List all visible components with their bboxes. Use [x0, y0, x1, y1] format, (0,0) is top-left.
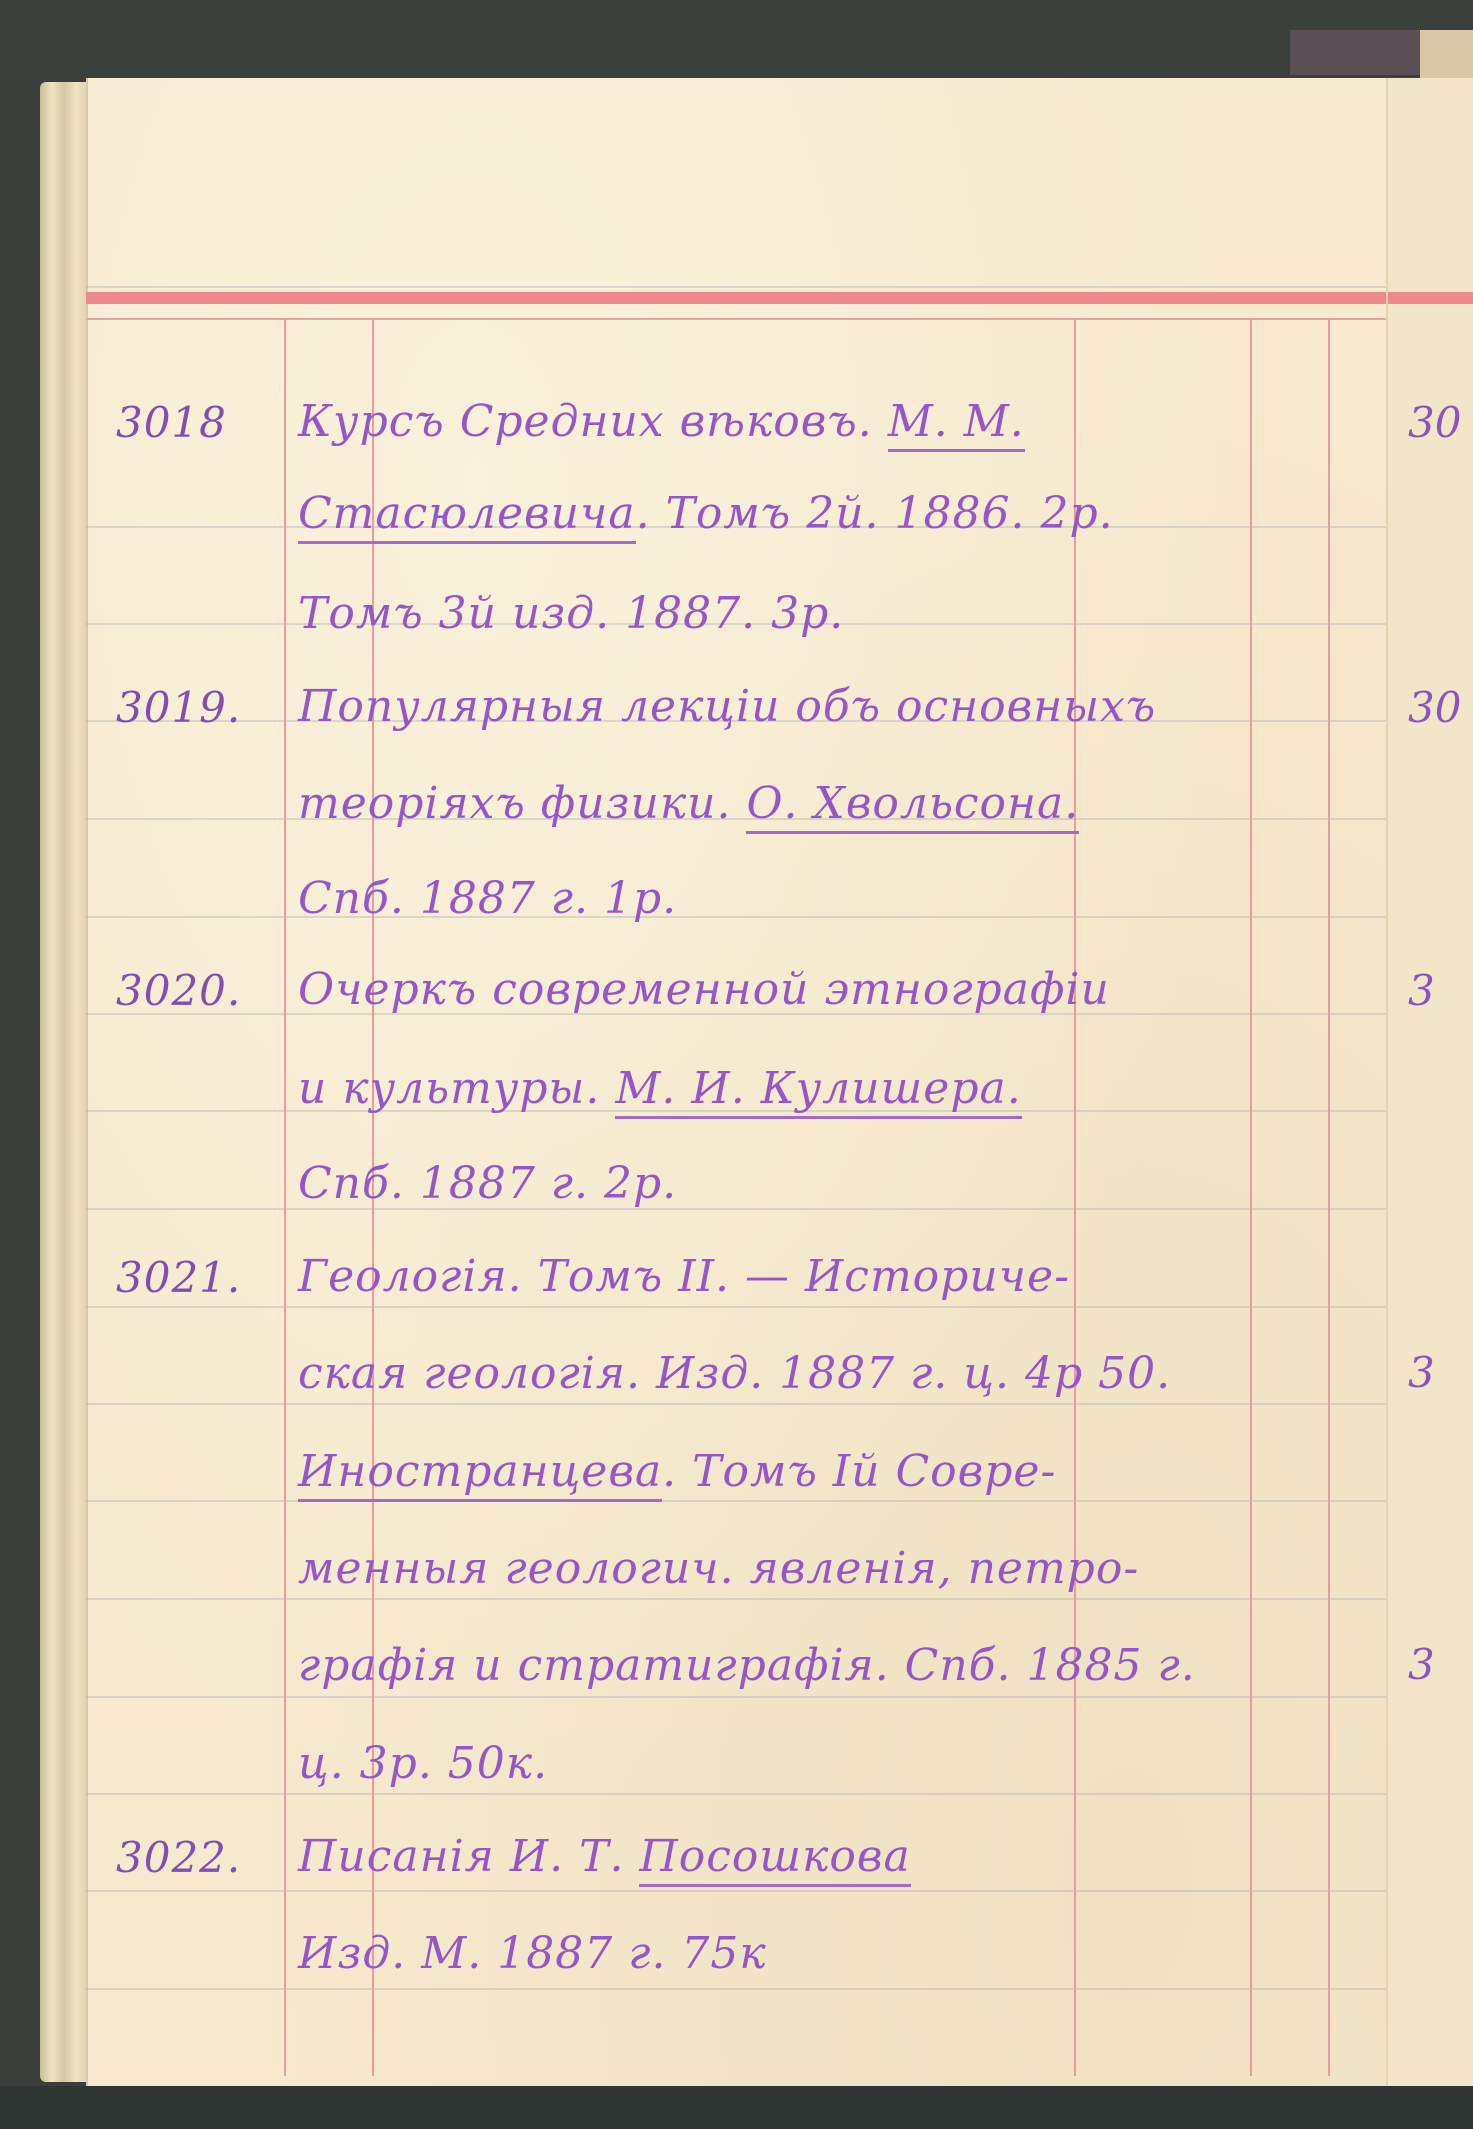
- ruled-line: [86, 1696, 1386, 1698]
- entry-line: Курсъ Средних вѣковъ. М. М.: [298, 396, 1025, 447]
- author-underlined: Посошкова: [639, 1831, 910, 1887]
- entry-number: 3020.: [116, 966, 241, 1015]
- entry-line: Очеркъ современной этнографіи: [298, 964, 1110, 1015]
- background-surface: [0, 0, 1473, 80]
- ruled-line: [86, 1208, 1386, 1210]
- author-underlined: Стасюлевича: [298, 488, 636, 544]
- author-underlined: О. Хвольсона.: [746, 778, 1079, 834]
- entry-line: Томъ 3й изд. 1887. 3р.: [298, 588, 844, 639]
- header-red-rule: [1388, 292, 1473, 304]
- ruled-line: [86, 1403, 1386, 1405]
- author-underlined: Иностранцева: [298, 1446, 662, 1502]
- ruled-line: [86, 1793, 1386, 1795]
- ruled-line: [86, 1598, 1386, 1600]
- entry-number: 3022.: [116, 1833, 241, 1882]
- column-rule-number: [284, 318, 286, 2076]
- entry-line: теоріяхъ физики. О. Хвольсона.: [298, 778, 1079, 829]
- background-surface-bottom: [0, 2086, 1473, 2129]
- entry-line: ская геологія. Изд. 1887 г. ц. 4р 50.: [298, 1348, 1171, 1399]
- entry-text: теоріяхъ физики.: [298, 778, 746, 829]
- entry-line: и культуры. М. И. Кулишера.: [298, 1063, 1022, 1114]
- ruled-line: [86, 286, 1386, 288]
- book-cover-corner: [1290, 30, 1430, 75]
- header-thin-rule: [86, 318, 1386, 320]
- entry-number: 3019.: [116, 683, 241, 732]
- entry-line: Писанія И. Т. Посошкова: [298, 1831, 911, 1882]
- entry-number: 3018: [116, 398, 227, 447]
- next-page-entry-number: 3: [1408, 1640, 1435, 1689]
- entry-text: Писанія И. Т.: [298, 1831, 639, 1882]
- header-red-rule: [86, 292, 1386, 304]
- entry-text: и культуры.: [298, 1063, 615, 1114]
- entry-text: . Томъ 2й. 1886. 2р.: [636, 488, 1114, 539]
- entry-text: Курсъ Средних вѣковъ.: [298, 396, 888, 447]
- ruled-line: [86, 1306, 1386, 1308]
- next-page-entry-number: 30: [1408, 683, 1461, 732]
- book-cover-flap: [1420, 30, 1473, 80]
- ledger-page: 3018 Курсъ Средних вѣковъ. М. М. Стасюле…: [86, 78, 1386, 2086]
- entry-text: . Томъ Iй Совре-: [662, 1446, 1056, 1497]
- entry-line: Спб. 1887 г. 1р.: [298, 873, 677, 924]
- ruled-line: [86, 1988, 1386, 1990]
- entry-line: графія и стратиграфія. Спб. 1885 г.: [298, 1640, 1196, 1691]
- column-rule-amount-1: [1074, 318, 1076, 2076]
- column-rule-amount-2: [1250, 318, 1252, 2076]
- entry-line: Популярныя лекціи объ основныхъ: [298, 681, 1156, 732]
- next-page-entry-number: 3: [1408, 966, 1435, 1015]
- entry-line: ц. 3р. 50к.: [298, 1738, 548, 1789]
- ruled-line: [86, 916, 1386, 918]
- entry-line: менныя геологич. явленія, петро-: [298, 1543, 1139, 1594]
- ruled-line: [86, 1500, 1386, 1502]
- entry-line: Стасюлевича. Томъ 2й. 1886. 2р.: [298, 488, 1114, 539]
- entry-line: Изд. М. 1887 г. 75к: [298, 1928, 767, 1979]
- next-page-edge: 30 30 3 3 3: [1386, 78, 1473, 2086]
- entry-number: 3021.: [116, 1253, 241, 1302]
- author-underlined: М. И. Кулишера.: [615, 1063, 1021, 1119]
- ruled-line: [86, 1890, 1386, 1892]
- author-underlined: М. М.: [888, 396, 1025, 452]
- column-rule-amount-3: [1328, 318, 1330, 2076]
- entry-line: Иностранцева. Томъ Iй Совре-: [298, 1446, 1056, 1497]
- next-page-entry-number: 3: [1408, 1348, 1435, 1397]
- entry-line: Спб. 1887 г. 2р.: [298, 1158, 677, 1209]
- entry-line: Геологія. Томъ II. — Историче-: [298, 1251, 1070, 1302]
- next-page-entry-number: 30: [1408, 398, 1461, 447]
